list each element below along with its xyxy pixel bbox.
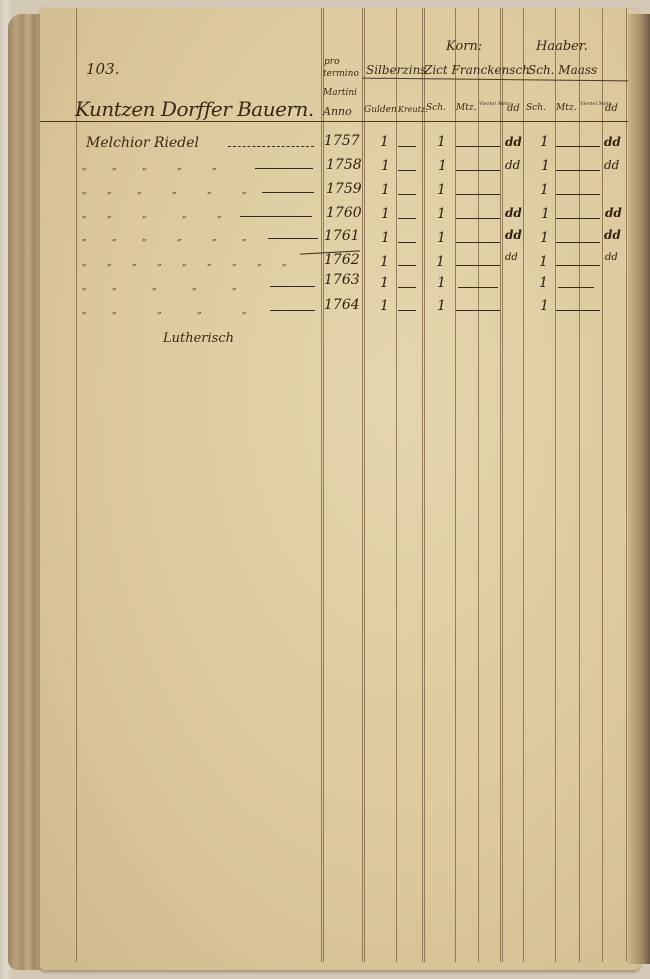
empty-dash [398, 265, 416, 266]
empty-dash [556, 170, 600, 171]
header-haber: Haaber. [536, 40, 588, 53]
empty-dash [556, 265, 600, 266]
empty-dash [556, 242, 600, 243]
header-haber-measure: Sch. Maass [528, 64, 597, 76]
column-line [500, 8, 501, 962]
empty-dash [398, 194, 416, 195]
year-cell: 1759 [326, 182, 362, 196]
right-page-edge [628, 14, 650, 964]
korn-dd-cell: dd [505, 207, 522, 219]
year-cell: 1757 [324, 134, 360, 148]
header-haber-sch: Sch. [526, 104, 546, 113]
empty-dash [456, 242, 500, 243]
header-korn-measure: Zict Franckensch [424, 64, 530, 76]
haber-dd-cell: dd [604, 159, 619, 171]
header-haber-mtz: Mtz. [556, 104, 576, 113]
ditto-row: „„„„„„ [82, 233, 312, 245]
ditto-row: „„„„„ [82, 282, 312, 294]
header-korn-sch: Sch. [426, 104, 446, 113]
empty-dash [556, 218, 600, 219]
empty-dash [398, 310, 416, 311]
empty-dash [556, 194, 600, 195]
korn-sch-cell: 1 [437, 276, 446, 290]
header-korn-mtz: Mtz. [456, 104, 476, 113]
header-gulden: Gulden [364, 106, 397, 115]
haber-sch-cell: 1 [540, 299, 549, 313]
leader-line [240, 216, 312, 217]
margin-line [76, 8, 77, 962]
header-silberzins: Silberzins [366, 64, 426, 76]
empty-dash [398, 170, 416, 171]
ditto-row: „„„„„ [82, 306, 312, 318]
header-haber-dd: dd [605, 104, 618, 114]
korn-sch-cell: 1 [438, 159, 447, 173]
leader-line [270, 286, 315, 287]
haber-sch-cell: 1 [540, 231, 549, 245]
empty-dash [456, 265, 500, 266]
header-martini: Martini [323, 89, 357, 98]
header-rule [40, 121, 628, 122]
header-termino: termino [323, 70, 359, 79]
empty-dash [458, 287, 498, 288]
gulden-cell: 1 [380, 135, 389, 149]
leader-line [262, 192, 314, 193]
year-cell: 1763 [324, 273, 360, 287]
korn-sch-cell: 1 [437, 135, 446, 149]
header-pro: pro [324, 58, 339, 67]
gulden-cell: 1 [381, 231, 390, 245]
empty-dash [398, 287, 416, 288]
haber-sch-cell: 1 [539, 255, 548, 269]
haber-dd-cell: dd [604, 229, 621, 241]
year-cell: 1758 [326, 158, 362, 172]
gulden-cell: 1 [380, 255, 389, 269]
empty-dash [456, 218, 500, 219]
ledger-page [40, 8, 640, 970]
column-line [422, 8, 423, 962]
year-cell: 1762 [324, 253, 360, 267]
haber-sch-cell: 1 [540, 135, 549, 149]
haber-dd-cell: dd [605, 207, 622, 219]
haber-dd-cell: dd [604, 136, 621, 148]
header-anno: Anno [323, 106, 352, 117]
column-line [602, 8, 603, 962]
korn-sch-cell: 1 [437, 299, 446, 313]
year-cell: 1761 [324, 229, 360, 243]
column-line [396, 8, 397, 962]
empty-dash [558, 287, 594, 288]
column-line [523, 8, 524, 962]
header-kreutzer: Kreutz. [398, 106, 428, 114]
gulden-cell: 1 [380, 299, 389, 313]
empty-dash [556, 310, 600, 311]
haber-sch-cell: 1 [541, 159, 550, 173]
gulden-cell: 1 [380, 276, 389, 290]
korn-sch-cell: 1 [437, 183, 446, 197]
haber-sch-cell: 1 [541, 207, 550, 221]
gulden-cell: 1 [381, 159, 390, 173]
gulden-cell: 1 [381, 207, 390, 221]
korn-dd-cell: dd [505, 229, 522, 241]
gulden-cell: 1 [381, 183, 390, 197]
column-line [626, 8, 627, 962]
column-line [579, 8, 580, 962]
header-korn: Korn: [446, 40, 482, 53]
year-cell: 1760 [326, 206, 362, 220]
page-number: 103. [86, 62, 119, 77]
leader-line [255, 168, 313, 169]
header-korn-dd: dd [507, 104, 520, 114]
empty-dash [456, 194, 500, 195]
leader-line [228, 146, 314, 148]
empty-dash [556, 146, 600, 147]
korn-sch-cell: 1 [437, 231, 446, 245]
year-cell: 1764 [324, 298, 360, 312]
haber-sch-cell: 1 [540, 183, 549, 197]
korn-dd-cell: dd [505, 136, 522, 148]
korn-dd-cell: dd [505, 159, 520, 171]
leader-line [270, 310, 315, 311]
empty-dash [398, 218, 416, 219]
empty-dash [456, 146, 500, 147]
korn-sch-cell: 1 [437, 207, 446, 221]
empty-dash [456, 310, 500, 311]
entry-name: Melchior Riedel [86, 136, 199, 150]
empty-dash [398, 146, 416, 147]
leader-line [268, 238, 318, 239]
empty-dash [456, 170, 500, 171]
column-line [321, 8, 322, 962]
column-line [362, 8, 363, 962]
annotation-note: Lutherisch [163, 332, 234, 345]
column-line [555, 8, 556, 962]
haber-sch-cell: 1 [539, 276, 548, 290]
empty-dash [398, 242, 416, 243]
ditto-row: „„„„„„„„„ [82, 258, 312, 270]
korn-sch-cell: 1 [436, 255, 445, 269]
korn-dd-cell: dd [505, 253, 518, 263]
haber-dd-cell: dd [605, 253, 618, 263]
section-title: Kuntzen Dorffer Bauern. [75, 99, 314, 119]
column-line [478, 8, 479, 962]
column-line [455, 8, 456, 962]
